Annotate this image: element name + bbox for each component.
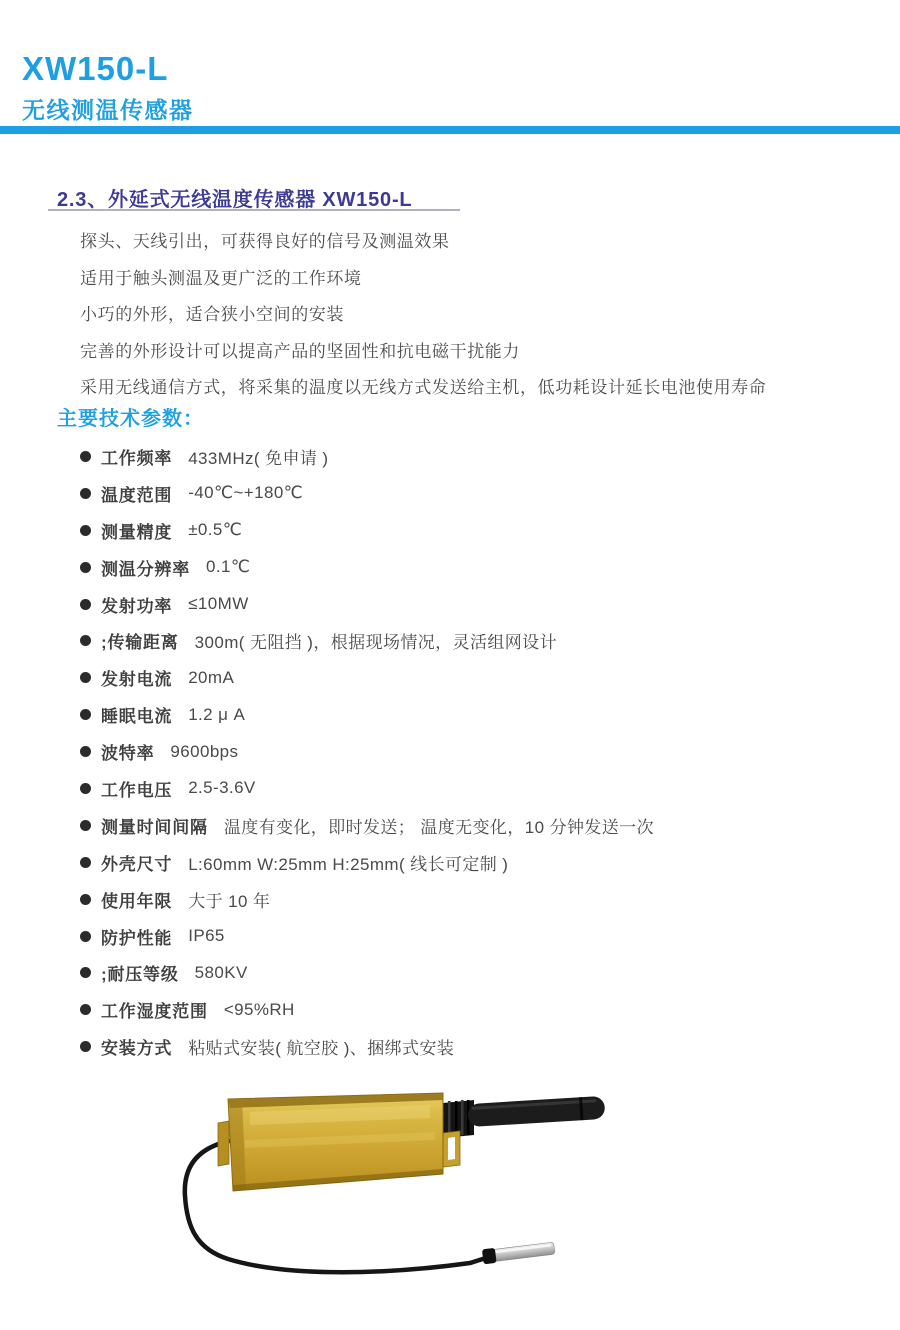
left-mount-tab <box>218 1121 229 1166</box>
spec-value: 9600bps <box>170 742 238 762</box>
antenna <box>467 1096 605 1127</box>
spec-value: L:60mm W:25mm H:25mm( 线长可定制 ) <box>188 850 508 875</box>
bullet-icon <box>80 1041 91 1052</box>
datasheet-page: XW150-L 无线测温传感器 2.3、外延式无线温度传感器 XW150-L 探… <box>0 0 900 1330</box>
bullet-icon <box>80 488 91 499</box>
feature-list: 探头、天线引出，可获得良好的信号及测温效果适用于触头测温及更广泛的工作环境小巧的… <box>80 224 840 407</box>
bullet-icon <box>80 894 91 905</box>
bullet-icon <box>80 746 91 757</box>
bullet-icon <box>80 635 91 646</box>
header-divider-bar <box>0 126 900 134</box>
spec-row: 发射电流20mA <box>80 659 870 696</box>
spec-label: ;传输距离 <box>101 628 179 653</box>
spec-row: 工作频率433MHz( 免申请 ) <box>80 438 870 475</box>
spec-row: 工作湿度范围<95%RH <box>80 991 870 1028</box>
spec-label: 防护性能 <box>101 924 172 949</box>
spec-value: 粘贴式安装( 航空胶 )、捆绑式安装 <box>188 1034 454 1059</box>
section-title: 2.3、外延式无线温度传感器 XW150-L <box>57 183 412 212</box>
spec-label: 睡眠电流 <box>101 702 172 727</box>
spec-value: 温度有变化，即时发送； 温度无变化，10 分钟发送一次 <box>224 813 654 838</box>
spec-value: 0.1℃ <box>206 557 250 577</box>
spec-label: 工作电压 <box>101 776 172 801</box>
spec-label: 使用年限 <box>101 887 172 912</box>
spec-label: 安装方式 <box>101 1034 172 1059</box>
spec-value: ±0.5℃ <box>188 520 242 540</box>
spec-label: 外壳尺寸 <box>101 850 172 875</box>
feature-line: 适用于触头测温及更广泛的工作环境 <box>80 261 840 298</box>
section-underline <box>48 209 460 211</box>
spec-label: 温度范围 <box>101 481 172 506</box>
spec-value: 20mA <box>188 668 234 688</box>
bullet-icon <box>80 562 91 573</box>
spec-label: 测量精度 <box>101 518 172 543</box>
feature-line: 小巧的外形，适合狭小空间的安装 <box>80 297 840 334</box>
spec-row: 工作电压2.5-3.6V <box>80 770 870 807</box>
bullet-icon <box>80 931 91 942</box>
bullet-icon <box>80 525 91 536</box>
spec-label: 波特率 <box>101 739 154 764</box>
spec-row: 发射功率≤10MW <box>80 586 870 623</box>
specs-heading: 主要技术参数： <box>57 402 204 431</box>
spec-label: ;耐压等级 <box>101 960 179 985</box>
bullet-icon <box>80 599 91 610</box>
spec-label: 测量时间间隔 <box>101 813 208 838</box>
spec-row: ;耐压等级580KV <box>80 954 870 991</box>
spec-row: 温度范围-40℃~+180℃ <box>80 475 870 512</box>
bullet-icon <box>80 783 91 794</box>
spec-value: 大于 10 年 <box>188 887 270 912</box>
spec-row: ;传输距离300m( 无阻挡 )，根据现场情况，灵活组网设计 <box>80 622 870 659</box>
spec-value: 300m( 无阻挡 )，根据现场情况，灵活组网设计 <box>195 628 557 653</box>
spec-row: 波特率9600bps <box>80 733 870 770</box>
spec-row: 测量时间间隔温度有变化，即时发送； 温度无变化，10 分钟发送一次 <box>80 807 870 844</box>
bullet-icon <box>80 451 91 462</box>
product-photo <box>150 1075 650 1310</box>
bullet-icon <box>80 709 91 720</box>
spec-value: 433MHz( 免申请 ) <box>188 444 328 469</box>
spec-value: IP65 <box>188 926 225 946</box>
bullet-icon <box>80 967 91 978</box>
spec-value: ≤10MW <box>188 594 248 614</box>
page-subtitle: 无线测温传感器 <box>22 92 194 125</box>
spec-row: 使用年限大于 10 年 <box>80 881 870 918</box>
spec-label: 发射功率 <box>101 592 172 617</box>
bullet-icon <box>80 672 91 683</box>
probe-tip <box>482 1241 555 1265</box>
spec-value: 2.5-3.6V <box>188 778 255 798</box>
spec-label: 测温分辨率 <box>101 555 190 580</box>
spec-row: 睡眠电流1.2 μ A <box>80 696 870 733</box>
specs-list: 工作频率433MHz( 免申请 )温度范围-40℃~+180℃测量精度±0.5℃… <box>80 438 870 1065</box>
spec-label: 工作频率 <box>101 444 172 469</box>
spec-value: -40℃~+180℃ <box>188 483 303 503</box>
bullet-icon <box>80 1004 91 1015</box>
spec-value: 580KV <box>195 963 248 983</box>
spec-row: 测温分辨率0.1℃ <box>80 549 870 586</box>
sensor-body <box>228 1093 443 1191</box>
bullet-icon <box>80 820 91 831</box>
page-title: XW150-L <box>22 50 168 88</box>
feature-line: 完善的外形设计可以提高产品的坚固性和抗电磁干扰能力 <box>80 334 840 371</box>
spec-row: 安装方式粘贴式安装( 航空胶 )、捆绑式安装 <box>80 1028 870 1065</box>
spec-row: 测量精度±0.5℃ <box>80 512 870 549</box>
spec-row: 防护性能IP65 <box>80 918 870 955</box>
spec-value: <95%RH <box>224 1000 295 1020</box>
bullet-icon <box>80 857 91 868</box>
spec-label: 工作湿度范围 <box>101 997 208 1022</box>
spec-label: 发射电流 <box>101 665 172 690</box>
feature-line: 探头、天线引出，可获得良好的信号及测温效果 <box>80 224 840 261</box>
right-mount-tab <box>443 1131 460 1167</box>
spec-value: 1.2 μ A <box>188 705 245 725</box>
spec-row: 外壳尺寸L:60mm W:25mm H:25mm( 线长可定制 ) <box>80 844 870 881</box>
